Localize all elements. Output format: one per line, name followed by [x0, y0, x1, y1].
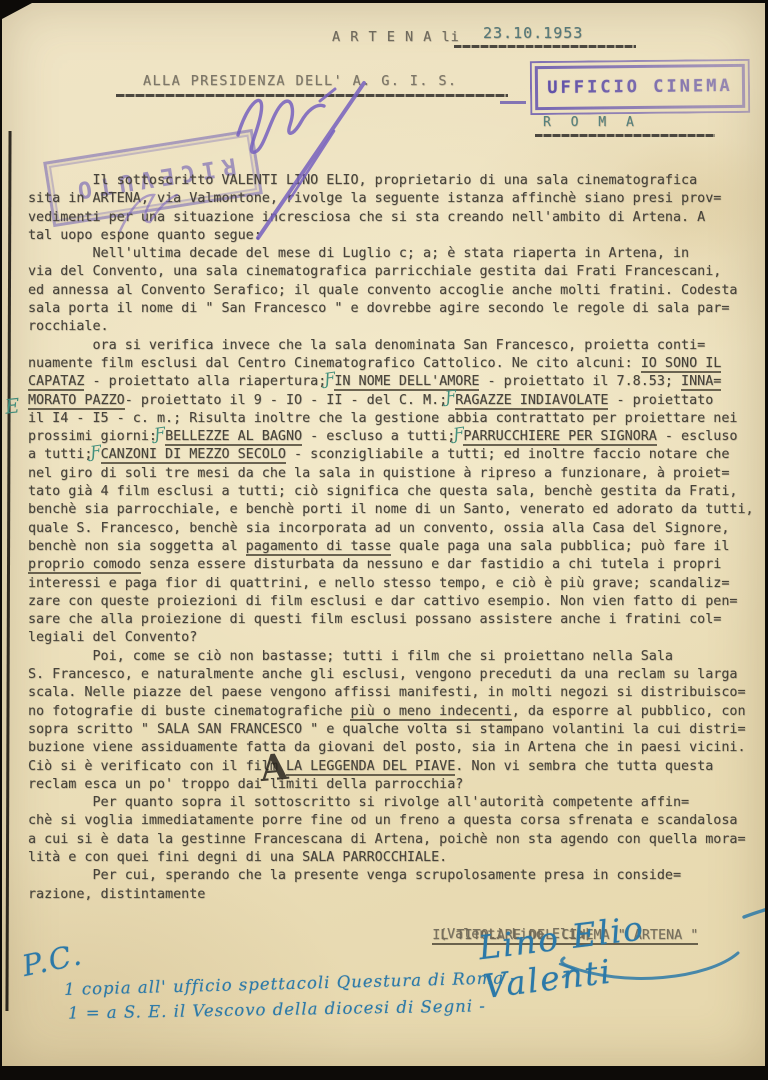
margin-mark: E: [4, 393, 21, 418]
recipient-underline: [116, 94, 508, 97]
typed-line: razione, distintamente: [28, 886, 768, 904]
pencil-annotation-mark: A: [258, 746, 289, 790]
typed-line: il I4 - I5 - c. m.; Risulta inoltre che …: [28, 410, 768, 428]
typed-line: interessi e paga fior di quattrini, e ne…: [28, 575, 768, 593]
typed-line: Ciò si è verificato con il film LA LEGGE…: [28, 758, 768, 776]
typed-line: sare che alla proiezione di questi film …: [28, 611, 768, 629]
typed-line: quale S. Francesco, benchè sia incorpora…: [28, 520, 768, 538]
typed-line: a tutti; CANZONI DI MEZZO SECOLO - sconz…: [28, 446, 768, 464]
typed-line: benchè sia parrocchiale, e benchè porti …: [28, 501, 768, 519]
typed-line: Per cui, sperando che la presente venga …: [28, 867, 768, 885]
typed-line: vedimenti per una situazione incresciosa…: [28, 209, 768, 227]
typed-line: nel giro di soli tre mesi da che la sala…: [28, 465, 768, 483]
typed-line: buzione viene assiduamente fatta da giov…: [28, 739, 768, 757]
typed-line: proprio comodo senza essere disturbata d…: [28, 556, 768, 574]
scan-edge-line: [5, 131, 11, 1011]
typed-line: CAPATAZ - proiettato alla riapertura; IN…: [28, 373, 768, 391]
typed-line: tal uopo espone quanto segue:: [28, 227, 768, 245]
postscript-line: 1 copia all' ufficio spettacoli Questura…: [64, 968, 517, 999]
date-underline: [454, 45, 636, 48]
typed-line: S. Francesco, e naturalmente anche gli e…: [28, 666, 768, 684]
typed-line: zare con queste proiezioni di film esclu…: [28, 593, 768, 611]
city-underline: [535, 134, 715, 137]
postscript-line: 1 = a S. E. il Vescovo della diocesi di …: [68, 996, 486, 1022]
recipient-line: ALLA PRESIDENZA DELL' A. G. I. S.: [143, 73, 457, 89]
typed-line: nuamente film esclusi dal Centro Cinemat…: [28, 355, 768, 373]
typed-line: Per quanto sopra il sottoscritto si rivo…: [28, 794, 768, 812]
typed-line: tato già 4 film esclusi a tutti; ciò sig…: [28, 483, 768, 501]
postscript-label: P.C.: [19, 937, 86, 983]
typed-line: ora si verifica invece che la sala denom…: [28, 337, 768, 355]
typed-line: sala porta il nome di " San Francesco " …: [28, 300, 768, 318]
typed-line: Poi, come se ciò non bastasse; tutti i f…: [28, 648, 768, 666]
typed-line: ed annessa al Convento Serafico; il qual…: [28, 282, 768, 300]
scanned-letter-page: A R T E N A li 23.10.1953 ALLA PRESIDENZ…: [0, 0, 768, 1080]
typed-line: reclam esca un po' troppo dai limiti del…: [28, 776, 768, 794]
typed-line: a cui si è data la gestinne Francescana …: [28, 831, 768, 849]
stamp-office-label: UFFICIO CINEMA: [547, 76, 732, 98]
ufficio-cinema-stamp: UFFICIO CINEMA: [530, 59, 751, 115]
stamp-inner-border: UFFICIO CINEMA: [535, 64, 745, 110]
typed-line: Nell'ultima decade del mese di Luglio c;…: [28, 245, 768, 263]
typed-line: chè si voglia immediatamente porre fine …: [28, 812, 768, 830]
typed-line: via del Convento, una sala cinematografi…: [28, 263, 768, 281]
typed-line: MORATO PAZZO- proiettato il 9 - IO - II …: [28, 392, 768, 410]
typed-line: no fotografie di buste cinematografiche …: [28, 703, 768, 721]
scan-corner-artifact: [2, 3, 32, 19]
typed-line: prossimi giorni: BELLEZZE AL BAGNO - esc…: [28, 428, 768, 446]
typed-line: Il sottoscritto VALENTI LINO ELIO, propr…: [28, 172, 768, 190]
typed-line: rocchiale.: [28, 318, 768, 336]
typed-line: sopra scritto " SALA SAN FRANCESCO " e q…: [28, 721, 768, 739]
typed-line: legiali del Convento?: [28, 629, 768, 647]
typed-line: lità e con quei fini degni di una SALA P…: [28, 849, 768, 867]
place-and-li-label: A R T E N A li: [332, 29, 460, 45]
stamp-dash-mark: [500, 101, 526, 104]
typed-line: benchè non sia soggetta al pagamento di …: [28, 538, 768, 556]
letter-date: 23.10.1953: [483, 24, 583, 42]
typed-line: sita in ARTENA, via Valmontone, rivolge …: [28, 190, 768, 208]
letter-body: Il sottoscritto VALENTI LINO ELIO, propr…: [28, 172, 768, 904]
stamp-city-label: R O M A: [543, 115, 640, 130]
typed-line: scala. Nelle piazze del paese vengono af…: [28, 684, 768, 702]
